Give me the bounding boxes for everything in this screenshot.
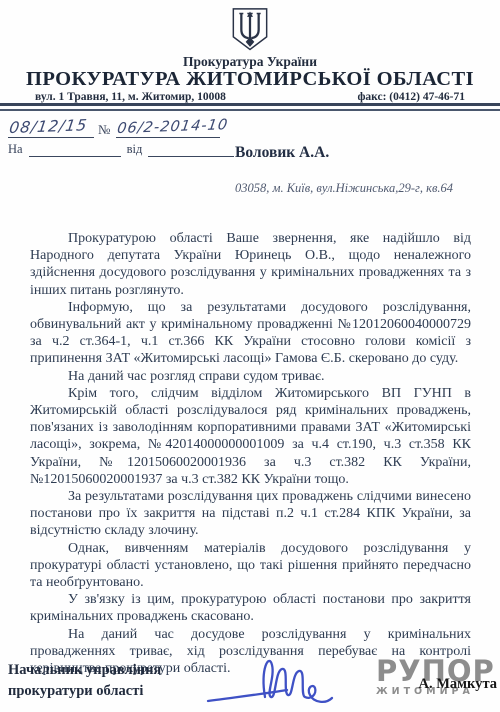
paragraph: Прокуратурою області Ваше звернення, яке…	[30, 230, 471, 299]
paragraph: У зв'язку із цим, прокуратурою області п…	[30, 591, 471, 625]
org-address: вул. 1 Травня, 11, м. Житомир, 10008	[35, 91, 226, 103]
handwritten-signature	[205, 645, 345, 712]
reference-block: 08/12/15 № 06/2-2014-10 На від	[8, 112, 234, 157]
org-main-title: ПРОКУРАТУРА ЖИТОМИРСЬКОЇ ОБЛАСТІ	[0, 68, 500, 91]
scanned-letter-page: Прокуратура України ПРОКУРАТУРА ЖИТОМИРС…	[0, 0, 500, 712]
vid-underline	[148, 156, 234, 157]
signer-position-line2: прокуратури області	[8, 681, 161, 702]
outgoing-number-row: 08/12/15 № 06/2-2014-10	[8, 112, 234, 138]
paragraph: На даний час розгляд справи судом триває…	[30, 368, 471, 385]
org-fax: факс: (0412) 47-46-71	[357, 91, 465, 103]
number-underline: 06/2-2014-10	[116, 121, 220, 138]
na-label: На	[8, 142, 23, 157]
handwritten-date: 08/12/15	[8, 116, 89, 137]
na-underline	[29, 156, 121, 157]
signer-name: А. Мамкута	[419, 676, 497, 693]
incoming-reference-row: На від	[8, 139, 234, 157]
recipient-address: 03058, м. Київ, вул.Ніжинська,29-г, кв.6…	[235, 181, 453, 196]
paragraph: За результатами розслідування цих провад…	[30, 488, 471, 540]
paragraph: Однак, вивченням матеріалів досудового р…	[30, 540, 471, 592]
signer-position-line1: Начальник управління	[8, 660, 161, 681]
signer-position: Начальник управління прокуратури області	[8, 660, 161, 702]
ukraine-trident-emblem	[230, 7, 270, 57]
header-divider	[0, 103, 500, 111]
recipient-name: Воловик А.А.	[235, 144, 453, 162]
date-underline: 08/12/15	[8, 119, 94, 138]
paragraph: Інформую, що за результатами досудового …	[30, 299, 471, 368]
header-address-row: вул. 1 Травня, 11, м. Житомир, 10008 фак…	[0, 91, 500, 103]
vid-label: від	[127, 142, 143, 157]
recipient-block: Воловик А.А. 03058, м. Київ, вул.Ніжинсь…	[235, 144, 453, 196]
letter-body: Прокуратурою області Ваше звернення, яке…	[30, 230, 471, 677]
paragraph: Крім того, слідчим відділом Житомирськог…	[30, 385, 471, 488]
handwritten-number: 06/2-2014-10	[116, 117, 229, 137]
number-sign: №	[98, 122, 110, 138]
